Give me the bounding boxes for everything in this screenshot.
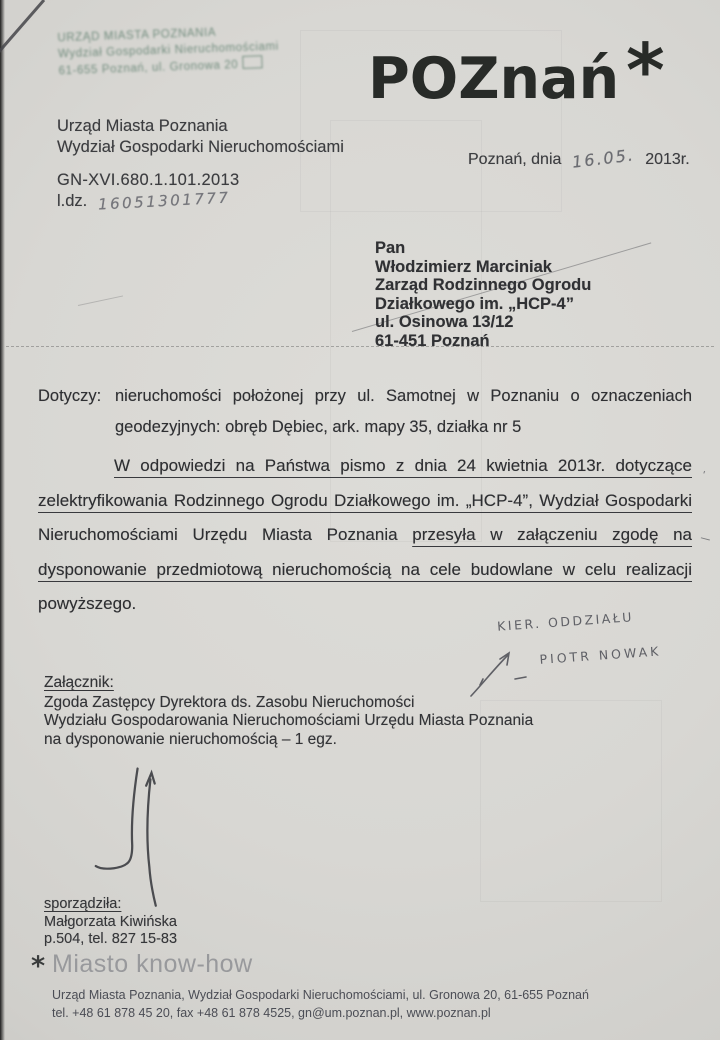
poznan-logo: POZnań * bbox=[368, 46, 678, 118]
poznan-logo-star-icon: * bbox=[626, 28, 665, 114]
attachment-line: Wydziału Gospodarowania Nieruchomościami… bbox=[44, 712, 533, 731]
prepared-by-block: sporządziła: Małgorzata Kiwińska p.504, … bbox=[44, 896, 177, 949]
fold-crease bbox=[6, 346, 714, 347]
office-stamp: URZĄD MIASTA POZNANIA Wydział Gospodarki… bbox=[57, 23, 309, 80]
handwritten-date: 16.05. bbox=[571, 145, 636, 172]
pen-tick: \ bbox=[699, 534, 713, 544]
body-line: Nieruchomościami Urzędu Miasta Poznania … bbox=[38, 518, 692, 553]
pen-tick: ' bbox=[700, 468, 707, 482]
attachment-line: Zgoda Zastępcy Dyrektora ds. Zasobu Nier… bbox=[44, 694, 533, 713]
prepared-by-label: sporządziła: bbox=[44, 896, 177, 914]
dateline-prefix: Poznań, dnia bbox=[468, 151, 561, 168]
body-line: zelektryfikowania Rodzinnego Ogrodu Dzia… bbox=[38, 484, 692, 519]
addressee-line: Działkowego im. „HCP-4” bbox=[375, 295, 591, 314]
body-line: W odpowiedzi na Państwa pismo z dnia 24 … bbox=[38, 449, 692, 484]
addressee-line: Włodzimierz Marciniak bbox=[375, 258, 591, 277]
sender-line: Wydział Gospodarki Nieruchomościami bbox=[57, 137, 344, 158]
footer-address: Urząd Miasta Poznania, Wydział Gospodark… bbox=[52, 988, 589, 1002]
attachment-line: na dysponowanie nieruchomością – 1 egz. bbox=[44, 731, 533, 750]
footer-slogan: Miasto know-how bbox=[52, 950, 253, 979]
subject-line: geodezyjnych: obręb Dębiec, ark. mapy 35… bbox=[115, 412, 692, 443]
poznan-logo-wordmark: POZnań bbox=[368, 46, 619, 112]
sender-block: Urząd Miasta Poznania Wydział Gospodarki… bbox=[57, 116, 344, 158]
prepared-by-name: Małgorzata Kiwińska bbox=[44, 914, 177, 932]
sender-line: Urząd Miasta Poznania bbox=[57, 116, 344, 137]
dateline-year: 2013r. bbox=[645, 151, 689, 168]
subject-text: nieruchomości położonej przy ul. Samotne… bbox=[115, 381, 692, 443]
handwritten-ldz-number: 16051301777 bbox=[97, 189, 230, 214]
subject-line: nieruchomości położonej przy ul. Samotne… bbox=[115, 381, 692, 412]
handwritten-note-line: PIOTR NOWAK bbox=[539, 643, 662, 666]
prepared-by-contact: p.504, tel. 827 15-83 bbox=[44, 931, 177, 949]
corner-pen-line bbox=[0, 0, 60, 60]
addressee-line: 61-451 Poznań bbox=[375, 332, 591, 351]
ldz-line: l.dz. 16051301777 bbox=[57, 192, 230, 211]
scanned-letter-page: ' \ URZĄD MIASTA POZNANIA Wydział Gospod… bbox=[0, 0, 720, 1040]
case-number: GN-XVI.680.1.101.2013 bbox=[57, 171, 239, 190]
addressee-line: ul. Osinowa 13/12 bbox=[375, 313, 591, 332]
addressee-line: Zarząd Rodzinnego Ogrodu bbox=[375, 276, 591, 295]
scratch-line bbox=[78, 295, 123, 306]
attachment-block: Załącznik: Zgoda Zastępcy Dyrektora ds. … bbox=[44, 674, 533, 749]
footer-star-icon: * bbox=[31, 951, 45, 982]
dateline: Poznań, dnia 16.05. 2013r. bbox=[468, 149, 690, 169]
body-line: dysponowanie przedmiotową nieruchomością… bbox=[38, 553, 692, 588]
signature-scribble bbox=[84, 760, 204, 910]
body-paragraph: W odpowiedzi na Państwa pismo z dnia 24 … bbox=[38, 449, 692, 622]
attachment-label: Załącznik: bbox=[44, 674, 533, 693]
addressee-line: Pan bbox=[375, 239, 591, 258]
addressee-block: Pan Włodzimierz Marciniak Zarząd Rodzinn… bbox=[375, 239, 591, 351]
stamp-box bbox=[242, 55, 262, 69]
footer-contact: tel. +48 61 878 45 20, fax +48 61 878 45… bbox=[52, 1006, 491, 1020]
subject-label: Dotyczy: bbox=[38, 381, 101, 412]
ldz-label: l.dz. bbox=[57, 192, 87, 210]
scan-edge-shadow bbox=[0, 0, 5, 1040]
